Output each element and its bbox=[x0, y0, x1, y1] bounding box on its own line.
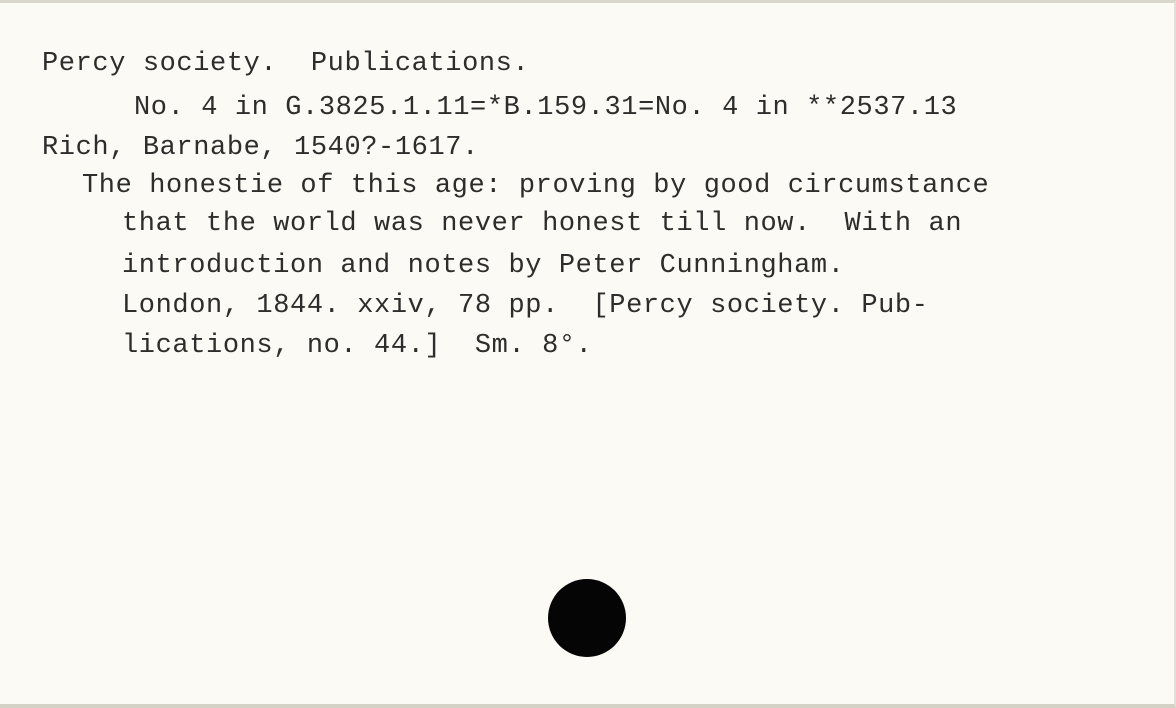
title-line: The honestie of this age: proving by goo… bbox=[82, 171, 989, 201]
title-line: introduction and notes by Peter Cunningh… bbox=[122, 251, 845, 281]
series-heading: Percy society. Publications. bbox=[42, 49, 529, 79]
catalog-card: Percy society. Publications. No. 4 in G.… bbox=[0, 0, 1176, 708]
punch-hole bbox=[548, 579, 626, 657]
author-entry: Rich, Barnabe, 1540?-1617. bbox=[42, 133, 479, 163]
imprint-line: London, 1844. xxiv, 78 pp. [Percy societ… bbox=[122, 291, 929, 321]
call-number: No. 4 in G.3825.1.11=*B.159.31=No. 4 in … bbox=[134, 93, 957, 123]
title-line: that the world was never honest till now… bbox=[122, 209, 962, 239]
imprint-line: lications, no. 44.] Sm. 8°. bbox=[122, 331, 592, 361]
